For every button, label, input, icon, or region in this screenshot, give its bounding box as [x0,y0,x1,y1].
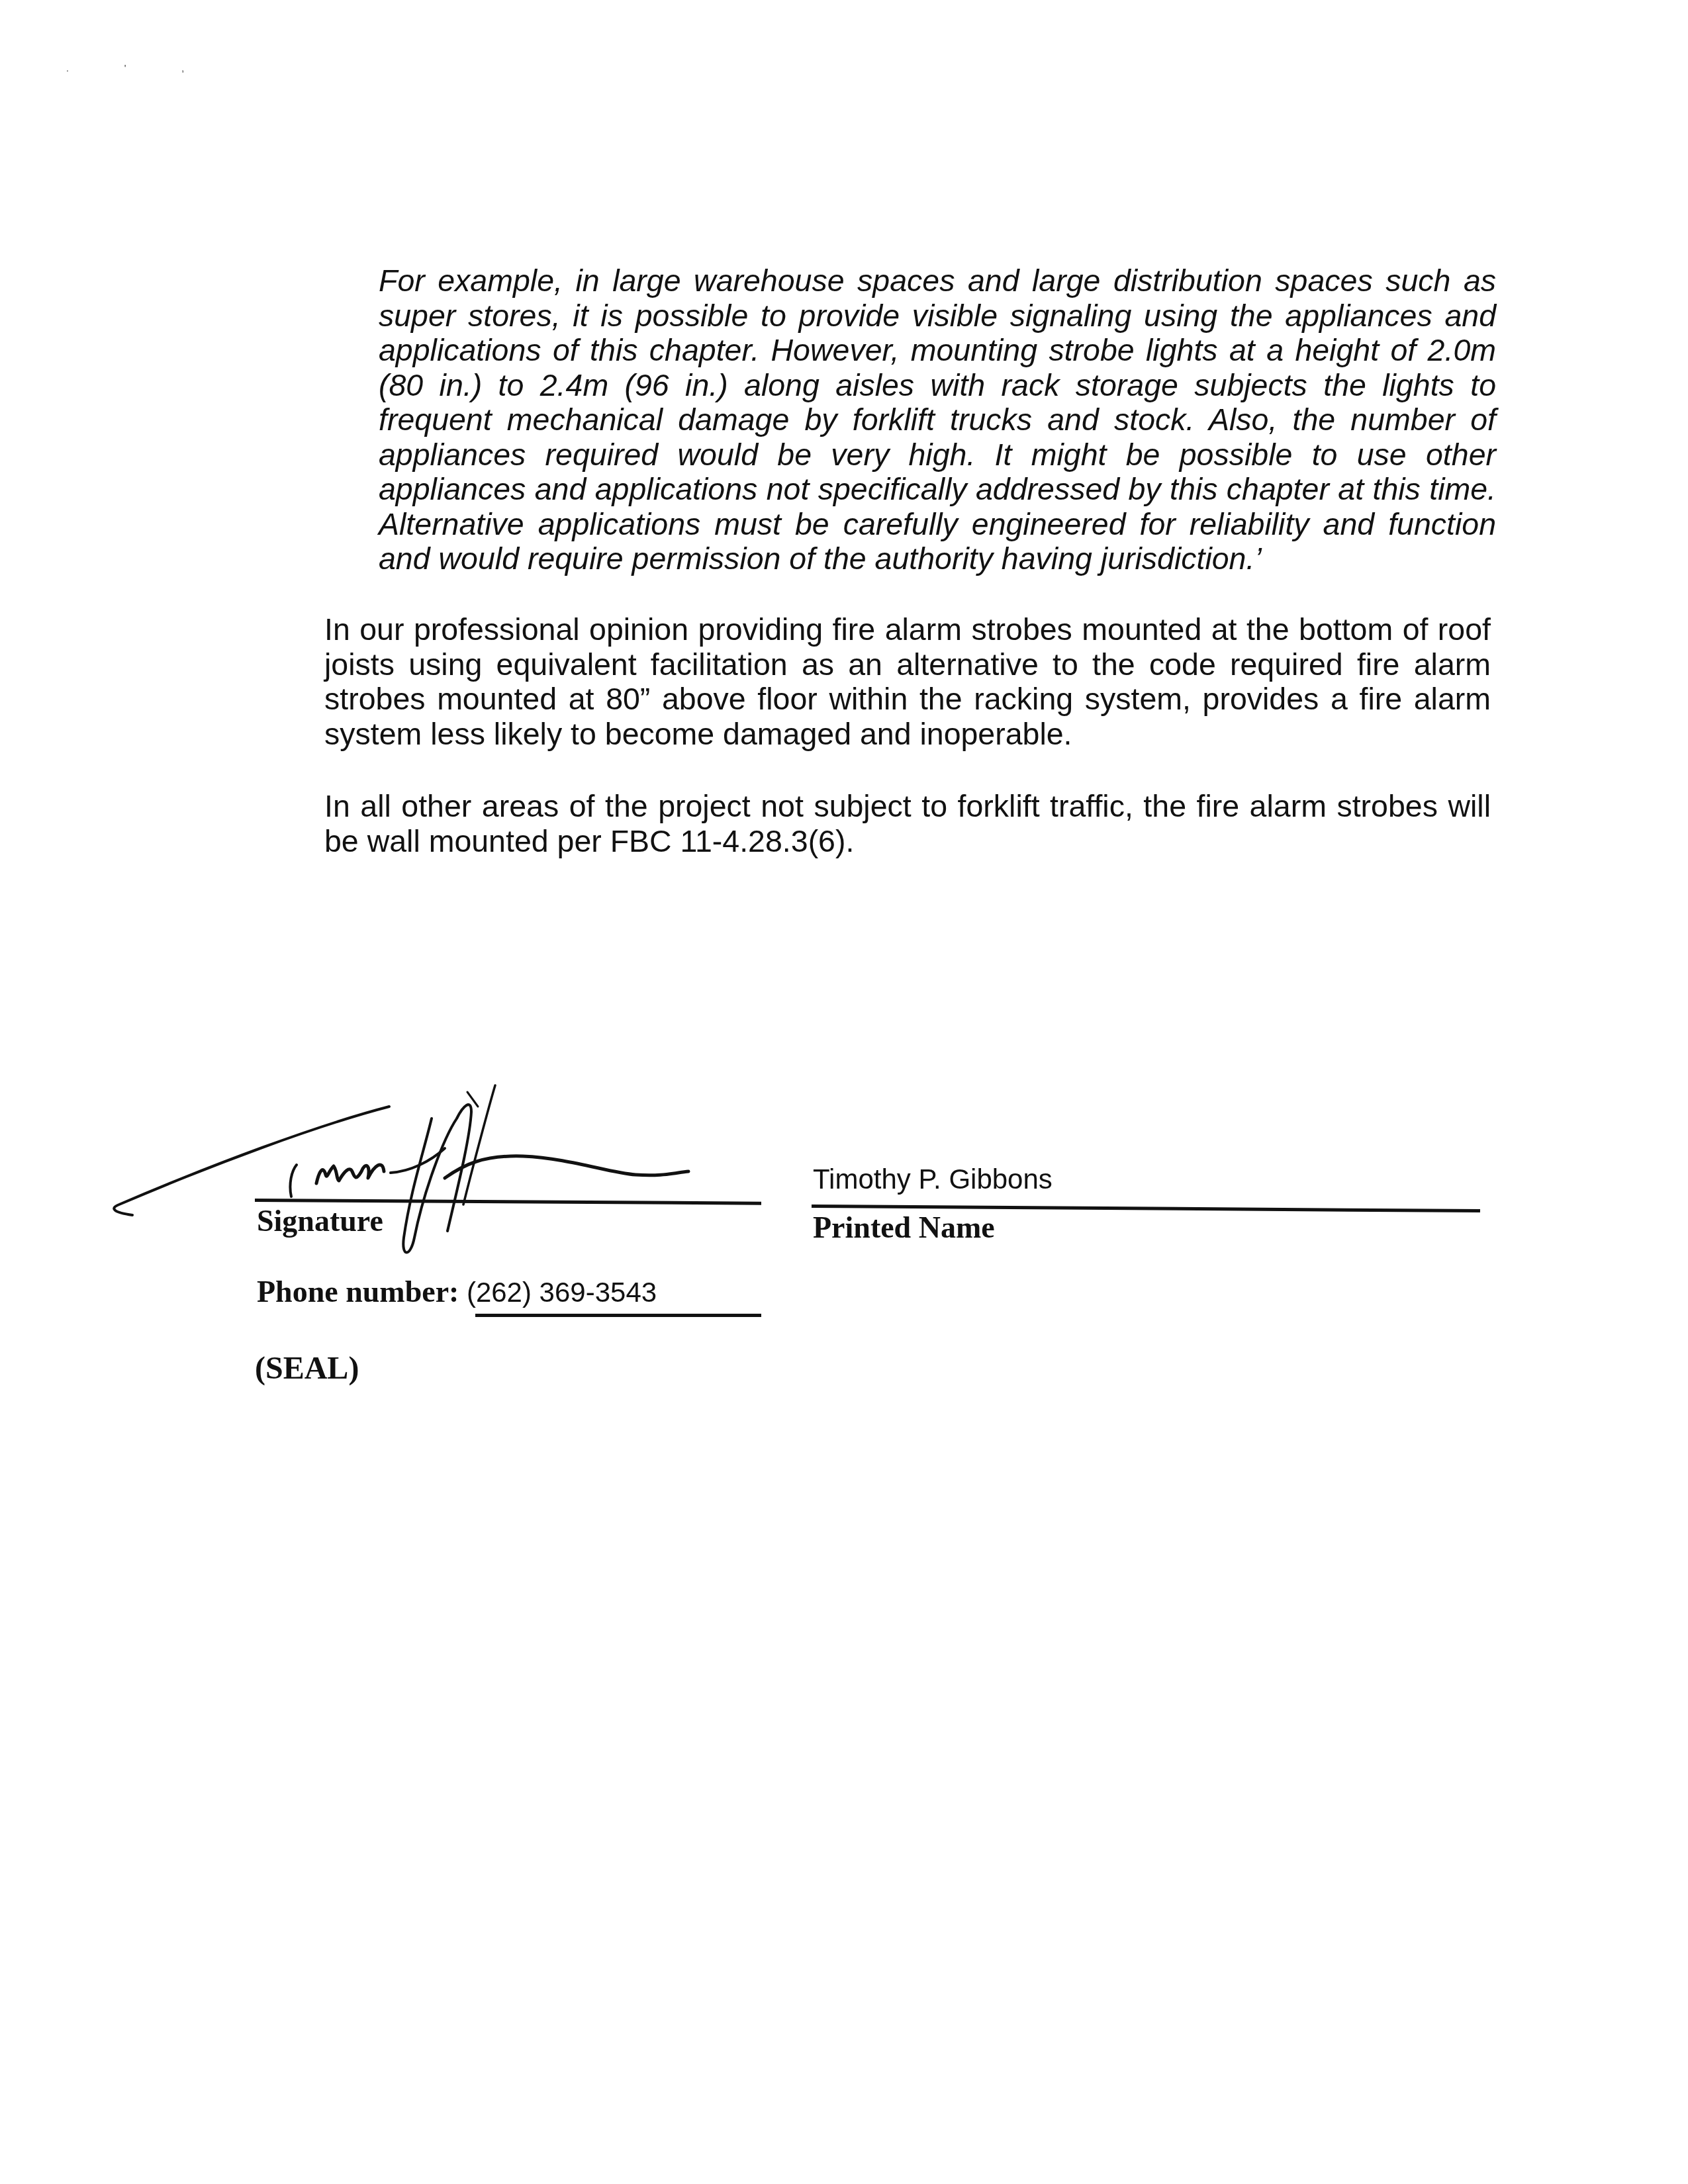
other-areas-paragraph: In all other areas of the project not su… [324,789,1491,858]
phone-value: (262) 369-3543 [467,1277,657,1308]
phone-underline [475,1314,761,1317]
document-page: . ' , For example, in large warehouse sp… [0,0,1688,2184]
signature-label: Signature [257,1203,383,1238]
printed-name-value: Timothy P. Gibbons [813,1163,1053,1195]
scan-artifacts: . ' , [66,63,211,73]
professional-opinion-paragraph: In our professional opinion providing fi… [324,612,1491,751]
quoted-code-paragraph: For example, in large warehouse spaces a… [379,263,1496,576]
seal-label: (SEAL) [255,1350,359,1387]
printed-name-label: Printed Name [813,1210,995,1245]
phone-number-row: Phone number: (262) 369-3543 [257,1274,657,1309]
phone-label: Phone number: [257,1275,459,1308]
